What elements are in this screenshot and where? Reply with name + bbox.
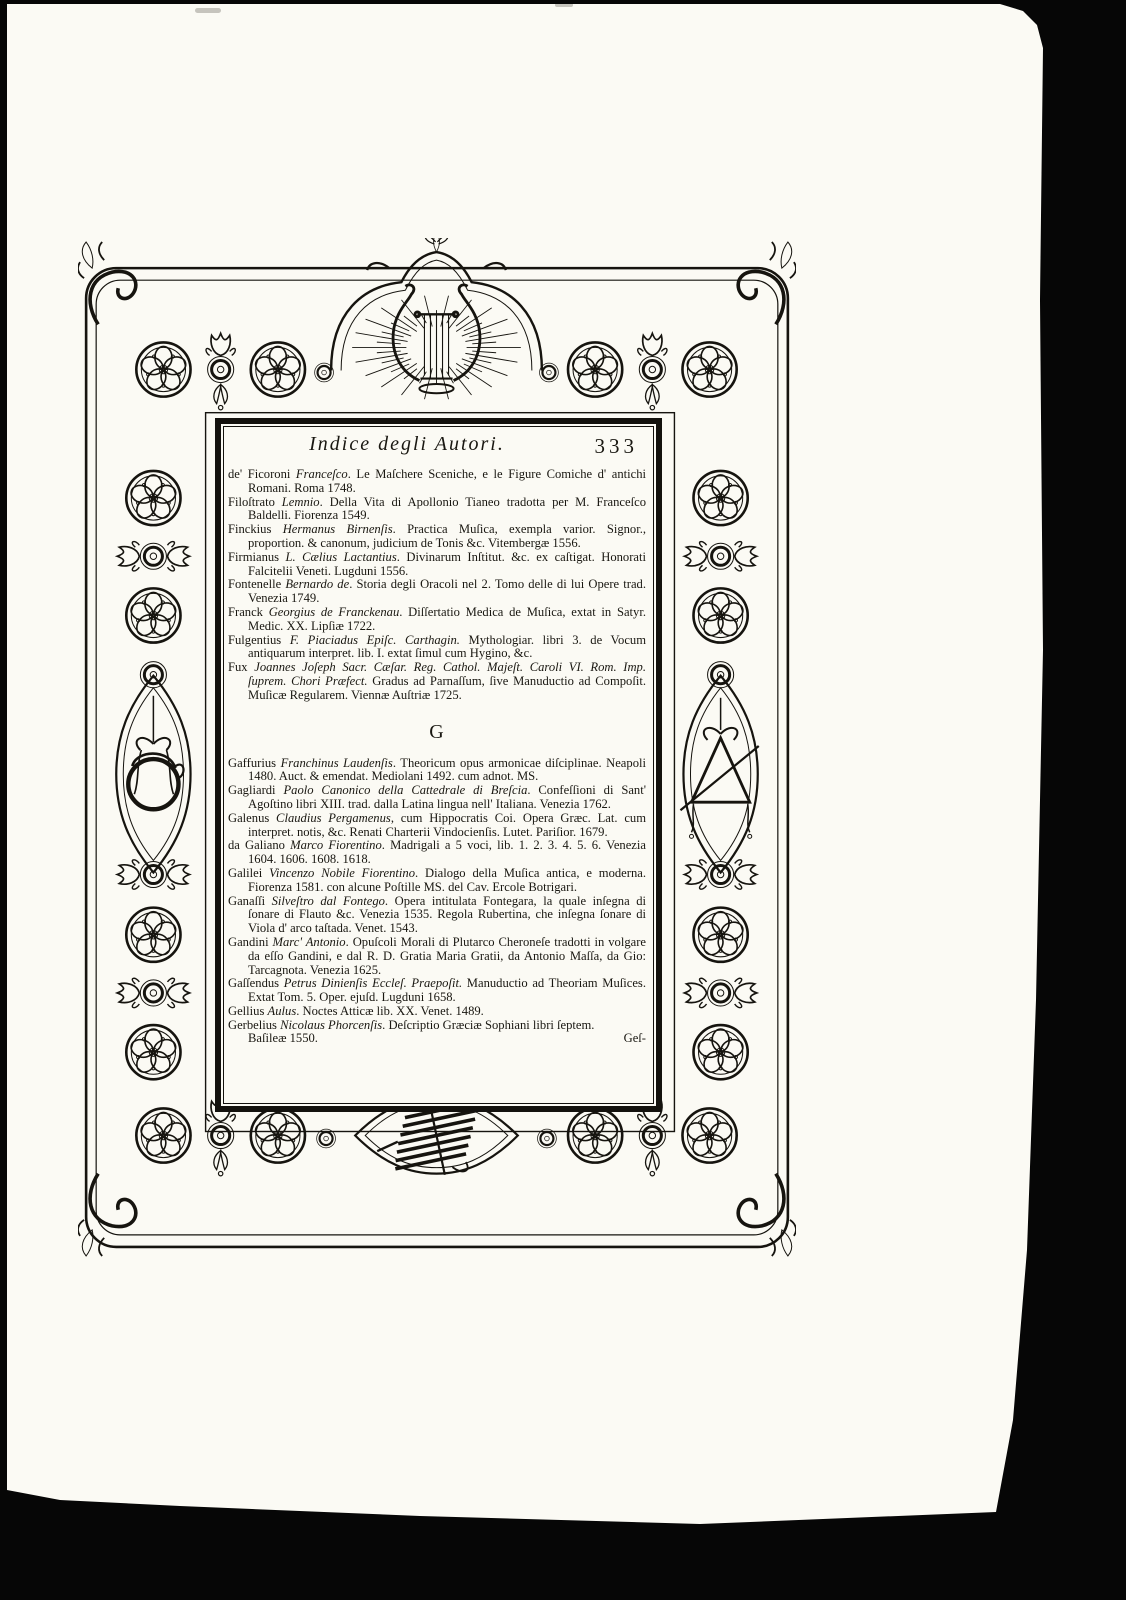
rosette-icon bbox=[568, 1108, 622, 1162]
tulip-icon bbox=[167, 978, 189, 1007]
catchword: Geſ- bbox=[624, 1032, 646, 1046]
page-header: Indice degli Autori. 333 bbox=[228, 433, 646, 463]
ring-icon bbox=[639, 356, 665, 382]
entry-head: Gellius bbox=[228, 1004, 268, 1018]
entry-head: Fulgentius bbox=[228, 633, 290, 647]
ring-icon bbox=[708, 980, 734, 1006]
scan-smudge bbox=[195, 8, 221, 13]
entry-rest: . Noctes Atticæ lib. XX. Venet. 1489. bbox=[296, 1004, 484, 1018]
entry-name: Lemnio bbox=[282, 495, 320, 509]
entry-head: Gaſſendus bbox=[228, 976, 284, 990]
entry-head: Gaffurius bbox=[228, 756, 281, 770]
rosette-icon bbox=[126, 1025, 180, 1079]
entry-name: Marc' Antonio bbox=[273, 935, 346, 949]
leaf-icon bbox=[646, 385, 660, 410]
bibliography-entry: Gagliardi Paolo Canonico della Cattedral… bbox=[228, 784, 646, 812]
entry-head: Gandini bbox=[228, 935, 273, 949]
top-border-band bbox=[136, 238, 736, 410]
bibliography-entry: Galenus Claudius Pergamenus, cum Hippocr… bbox=[228, 812, 646, 840]
entry-name: F. Piaciadus Epiſc. Carthagin. bbox=[290, 633, 460, 647]
leaf-icon bbox=[214, 1151, 228, 1176]
entry-name: Marco Fiorentino bbox=[290, 838, 382, 852]
entry-head: Fux bbox=[228, 660, 254, 674]
tulip-icon bbox=[735, 542, 757, 571]
tulip-icon bbox=[167, 542, 189, 571]
rosette-icon bbox=[694, 908, 748, 962]
rosette-icon bbox=[694, 1025, 748, 1079]
ring-icon bbox=[140, 543, 166, 569]
ring-icon bbox=[208, 1122, 234, 1148]
entry-head: Galilei bbox=[228, 866, 269, 880]
ring-icon bbox=[708, 543, 734, 569]
bibliography-entry: Franck Georgius de Franckenau. Diſſertat… bbox=[228, 606, 646, 634]
tulip-icon bbox=[735, 978, 757, 1007]
entry-head: Ganaſſi bbox=[228, 894, 272, 908]
entry-name: Vincenzo Nobile Fiorentino bbox=[269, 866, 415, 880]
entry-rest: . Deſcriptio Græciæ Sophiani libri ſepte… bbox=[382, 1018, 594, 1032]
entry-name: Franceſco bbox=[296, 467, 348, 481]
text-panel: Indice degli Autori. 333 de' Ficoroni Fr… bbox=[215, 418, 662, 1112]
right-border-band bbox=[680, 471, 758, 1079]
tulip-icon bbox=[206, 333, 235, 355]
bibliography-entry: Gandini Marc' Antonio. Opuſcoli Morali d… bbox=[228, 936, 646, 977]
entry-name: Paolo Canonico della Cattedrale di Breſc… bbox=[283, 783, 527, 797]
entry-head: Filoſtrato bbox=[228, 495, 282, 509]
entry-name: Bernardo de bbox=[285, 577, 349, 591]
bibliography-entry: Fontenelle Bernardo de. Storia degli Ora… bbox=[228, 578, 646, 606]
entry-head: Gerbelius bbox=[228, 1018, 280, 1032]
entry-head: Gagliardi bbox=[228, 783, 283, 797]
ring-icon bbox=[140, 980, 166, 1006]
bibliography-entry: Galilei Vincenzo Nobile Fiorentino. Dial… bbox=[228, 867, 646, 895]
bibliography-entry: Gerbelius Nicolaus Phorcenſis. Deſcripti… bbox=[228, 1019, 646, 1033]
tulip-icon bbox=[684, 978, 706, 1007]
rosette-icon bbox=[251, 342, 305, 396]
entry-head: Fontenelle bbox=[228, 577, 285, 591]
rosette-icon bbox=[136, 342, 190, 396]
entry-name: Silveſtro dal Fontego bbox=[272, 894, 385, 908]
horn-cartouche bbox=[116, 676, 190, 873]
entry-head: Galenus bbox=[228, 811, 276, 825]
entry-name: Hermanus Birnenſis bbox=[283, 522, 393, 536]
entry-name: Nicolaus Phorcenſis bbox=[280, 1018, 382, 1032]
ring-icon bbox=[208, 356, 234, 382]
tulip-icon bbox=[735, 860, 757, 889]
leaf-icon bbox=[646, 1151, 660, 1176]
entry-name: Petrus Dinienſis Eccleſ. Praepoſit. bbox=[284, 976, 462, 990]
left-border-band bbox=[116, 471, 190, 1079]
rosette-icon bbox=[694, 471, 748, 525]
entry-head: de' Ficoroni bbox=[228, 467, 296, 481]
section-heading: G bbox=[228, 722, 646, 742]
tulip-icon bbox=[167, 860, 189, 889]
entry-head: da Galiano bbox=[228, 838, 290, 852]
tulip-icon bbox=[684, 542, 706, 571]
paper-sheet: Indice degli Autori. 333 de' Ficoroni Fr… bbox=[0, 0, 1126, 1600]
ring-icon bbox=[639, 1122, 665, 1148]
entry-name: L. Cælius Lactantius bbox=[286, 550, 397, 564]
last-line: Baſileæ 1550. Geſ- bbox=[228, 1032, 646, 1046]
entry-name: Aulus bbox=[268, 1004, 297, 1018]
bibliography-entry: da Galiano Marco Fiorentino. Madrigali a… bbox=[228, 839, 646, 867]
rosette-icon bbox=[568, 342, 622, 396]
tulip-icon bbox=[638, 333, 667, 355]
rosette-icon bbox=[682, 1108, 736, 1162]
ring-icon bbox=[140, 861, 166, 887]
ring-icon bbox=[317, 1129, 336, 1148]
bibliography-entry: Finckius Hermanus Birnenſis. Practica Mu… bbox=[228, 523, 646, 551]
rosette-icon bbox=[136, 1108, 190, 1162]
scanned-book-page: { "colors": {"ink": "#14120e", "paper": … bbox=[0, 0, 1126, 1600]
tulip-icon bbox=[117, 860, 139, 889]
entry-name: Franchinus Laudenſis bbox=[281, 756, 393, 770]
tulip-icon bbox=[684, 860, 706, 889]
tulip-icon bbox=[117, 542, 139, 571]
tulip-icon bbox=[117, 978, 139, 1007]
rosette-icon bbox=[251, 1108, 305, 1162]
entry-name: Claudius Pergamenus bbox=[276, 811, 391, 825]
entry-name: Georgius de Franckenau bbox=[269, 605, 400, 619]
bibliography-entry: Gaſſendus Petrus Dinienſis Eccleſ. Praep… bbox=[228, 977, 646, 1005]
ring-icon bbox=[708, 861, 734, 887]
lyre-sunburst-cartouche bbox=[331, 238, 542, 399]
bibliography-entry: Gaffurius Franchinus Laudenſis. Theoricu… bbox=[228, 757, 646, 785]
bibliography-entry: Firmianus L. Cælius Lactantius. Divinaru… bbox=[228, 551, 646, 579]
entry-head: Firmianus bbox=[228, 550, 286, 564]
page-number: 333 bbox=[595, 434, 639, 459]
ring-icon bbox=[538, 1129, 557, 1148]
rosette-icon bbox=[694, 588, 748, 642]
triangle-cartouche bbox=[680, 676, 758, 873]
rosette-icon bbox=[126, 471, 180, 525]
bibliography-entry: Fulgentius F. Piaciadus Epiſc. Carthagin… bbox=[228, 634, 646, 662]
bibliography-list: de' Ficoroni Franceſco. Le Maſchere Scen… bbox=[228, 468, 646, 1046]
leaf-icon bbox=[214, 385, 228, 410]
page-title: Indice degli Autori. bbox=[228, 433, 586, 456]
bibliography-entry: Fux Joannes Joſeph Sacr. Cæſar. Reg. Cat… bbox=[228, 661, 646, 702]
rosette-icon bbox=[682, 342, 736, 396]
bibliography-entry: Filoſtrato Lemnio. Della Vita di Apollon… bbox=[228, 496, 646, 524]
bibliography-entry: de' Ficoroni Franceſco. Le Maſchere Scen… bbox=[228, 468, 646, 496]
rosette-icon bbox=[126, 588, 180, 642]
bibliography-entry: Gellius Aulus. Noctes Atticæ lib. XX. Ve… bbox=[228, 1005, 646, 1019]
entry-head: Franck bbox=[228, 605, 269, 619]
entry-head: Finckius bbox=[228, 522, 283, 536]
entry-continuation: Baſileæ 1550. bbox=[248, 1032, 318, 1046]
scan-smudge bbox=[555, 3, 573, 7]
bibliography-entry: Ganaſſi Silveſtro dal Fontego. Opera int… bbox=[228, 895, 646, 936]
rosette-icon bbox=[126, 908, 180, 962]
